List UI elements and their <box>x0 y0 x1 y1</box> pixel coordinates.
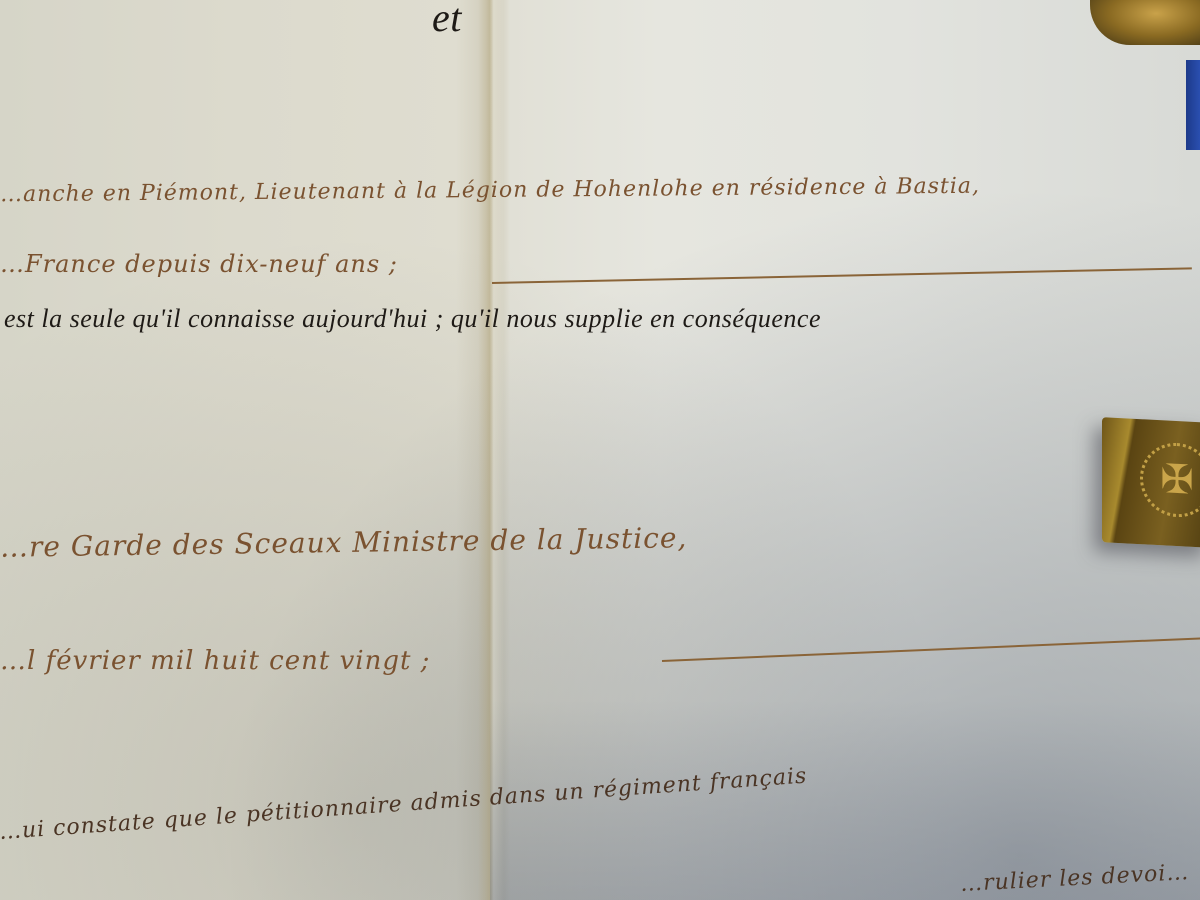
manuscript-line-5: …l février mil huit cent vingt ; <box>0 646 430 676</box>
printed-line-3: est la seule qu'il connaisse aujourd'hui… <box>4 304 821 334</box>
heading-fragment: et <box>432 0 462 41</box>
blue-ribbon <box>1186 60 1200 150</box>
manuscript-line-2: …France depuis dix-neuf ans ; <box>0 250 398 278</box>
cross-emblem-icon: ✠ <box>1140 441 1200 519</box>
brass-seal-stamp: ✠ <box>1102 417 1200 548</box>
